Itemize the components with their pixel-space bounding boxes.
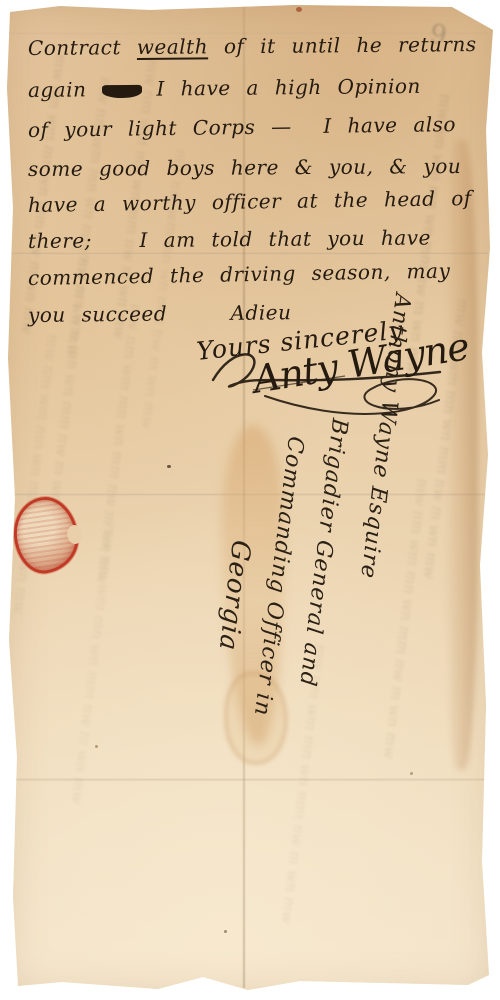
body-line: some good boys here & you, & you — [28, 154, 461, 181]
paper-speck — [167, 465, 171, 468]
paper-speck — [95, 745, 98, 748]
paper-speck — [296, 7, 302, 12]
paper: mw nm wm mn wn mm nw m wn mw mw nm wm mn… — [0, 0, 500, 1000]
paper-speck — [224, 930, 227, 933]
body-line: you succeed Adieu — [28, 300, 292, 327]
body-text-underlined: wealth — [137, 34, 208, 59]
ink-blot — [102, 85, 142, 98]
body-text: of it until he returns — [208, 32, 477, 58]
paper-speck — [410, 772, 413, 775]
body-text: again — [28, 77, 87, 102]
body-line: there; I am told that you have — [28, 225, 431, 253]
body-line: Contract wealth of it until he returns — [28, 32, 477, 60]
body-text: Contract — [28, 35, 137, 60]
body-line: againI have a high Opinion — [28, 74, 421, 102]
body-text: I have a high Opinion — [156, 74, 421, 101]
letter-scan: mw nm wm mn wn mm nw m wn mw mw nm wm mn… — [0, 0, 500, 1000]
